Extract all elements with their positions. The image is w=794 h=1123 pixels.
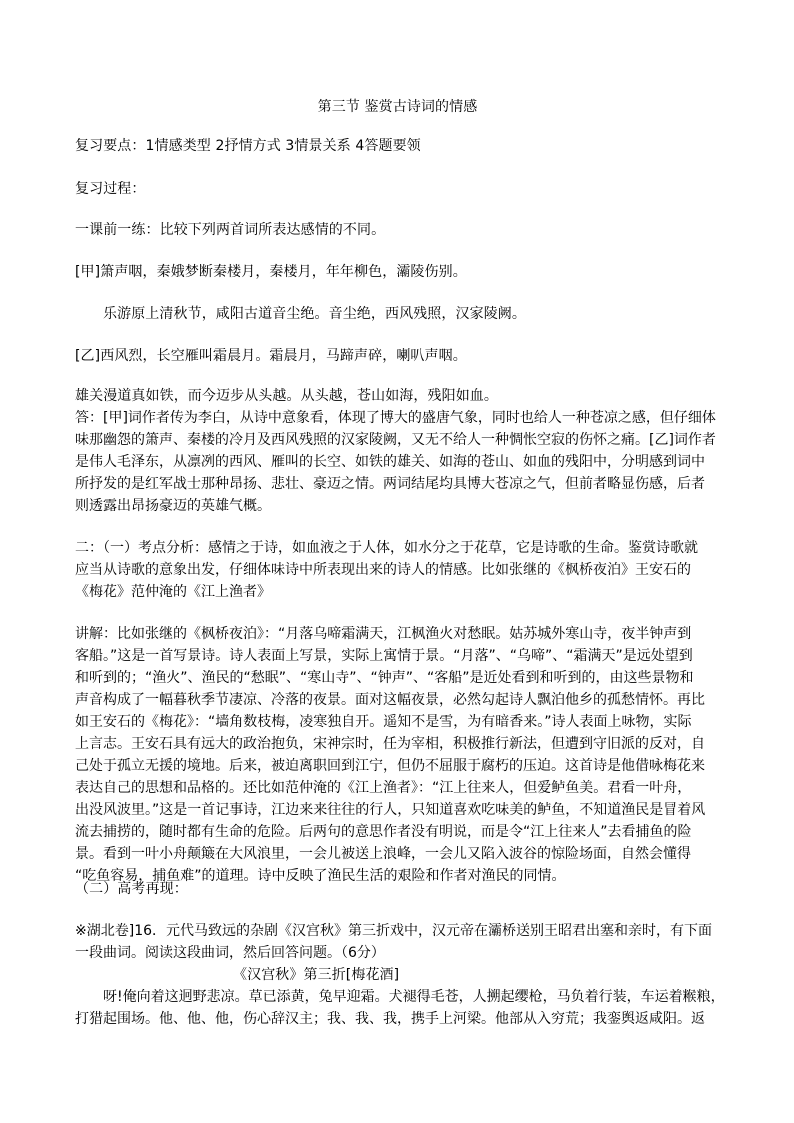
poem-a-line2: 乐游原上清秋节，咸阳古道音尘绝。音尘绝，西风残照，汉家陵阙。	[75, 303, 720, 325]
explanation-line: 己处于孤立无援的境地。后来，被迫离职回到江宁，但仍不屈服于腐朽的压迫。这首诗是他…	[75, 755, 720, 777]
analysis-line: 应当从诗歌的意象出发，仔细体味诗中所表现出来的诗人的情感。比如张继的《枫桥夜泊》…	[75, 559, 720, 581]
section3-heading: （二）高考再现：	[75, 878, 720, 900]
page-title: 第三节 鉴赏古诗词的情感	[75, 96, 720, 118]
answer-line: 答：[甲]词作者传为李白，从诗中意象看，体现了博大的盛唐气象，同时也给人一种苍凉…	[75, 407, 720, 429]
play-text: 呀!俺向着这迥野悲凉。草已添黄，兔早迎霜。犬褪得毛苍，人搠起缨枪，马负着行装，车…	[75, 986, 720, 1030]
explanation-line: 景。看到一叶小舟颠簸在大风浪里，一会儿被送上浪峰，一会儿又陷入波谷的惊险场面，自…	[75, 843, 720, 865]
answer-line: 是伟人毛泽东，从凛冽的西风、雁叫的长空、如铁的雄关、如海的苍山、如血的残阳中，分…	[75, 451, 720, 473]
explanation-line: 客船。”这是一首写景诗。诗人表面上写景，实际上寓情于景。“月落”、“乌啼”、“霜…	[75, 645, 720, 667]
answer-line: 则透露出昂扬豪迈的英雄气概。	[75, 495, 720, 517]
poem-b-line1: [乙]西风烈，长空雁叫霜晨月。霜晨月，马蹄声碎，喇叭声咽。	[75, 345, 720, 367]
poem-b-line2: 雄关漫道真如铁，而今迈步从头越。从头越，苍山如海，残阳如血。	[75, 385, 720, 407]
analysis-line: 《梅花》范仲淹的《江上渔者》	[75, 581, 720, 603]
explanation-line: 流去捕捞的，随时都有生命的危险。后两句的意思作者没有明说，而是令“江上往来人”去…	[75, 821, 720, 843]
explanation-line: 出没风波里。”这是一首记事诗，江边来来往往的行人，只知道喜欢吃味美的鲈鱼，不知道…	[75, 799, 720, 821]
poem-a-line1: [甲]箫声咽，秦娥梦断秦楼月，秦楼月，年年柳色，灞陵伤别。	[75, 261, 720, 283]
section1-heading: 一课前一练：比较下列两首词所表达感情的不同。	[75, 219, 720, 241]
play-title: 《汉宫秋》第三折[梅花酒]	[75, 964, 720, 986]
analysis-line: 二：（一）考点分析：感情之于诗，如血液之于人体，如水分之于花草，它是诗歌的生命。…	[75, 537, 720, 559]
question-paragraph: ※湖北卷]16．元代马致远的杂剧《汉宫秋》第三折戏中，汉元帝在灞桥送别王昭君出塞…	[75, 920, 720, 964]
explanation-line: 讲解：比如张继的《枫桥夜泊》：“月落乌啼霜满天，江枫渔火对愁眠。姑苏城外寒山寺，…	[75, 623, 720, 645]
play-line: 打猎起围场。他、他、他，伤心辞汉主；我、我、我，携手上河梁。他部从入穷荒；我銮舆…	[75, 1008, 720, 1030]
question-line: 一段曲词。阅读这段曲词，然后回答问题。（6分）	[75, 942, 720, 964]
explanation-line: 表达自己的思想和品格的。还比如范仲淹的《江上渔者》：“江上往来人，但爱鲈鱼美。君…	[75, 777, 720, 799]
review-points: 复习要点：1情感类型 2抒情方式 3情景关系 4答题要领	[75, 135, 720, 157]
explanation-line: 和听到的；“渔火”、渔民的“愁眠”、“寒山寺”、“钟声”、“客船”是近处看到和听…	[75, 667, 720, 689]
explanation-line: 声音构成了一幅暮秋季节凄凉、冷落的夜景。面对这幅夜景，必然勾起诗人飘泊他乡的孤愁…	[75, 689, 720, 711]
play-line: 呀!俺向着这迥野悲凉。草已添黄，兔早迎霜。犬褪得毛苍，人搠起缨枪，马负着行装，车…	[75, 986, 720, 1008]
answer-paragraph: 答：[甲]词作者传为李白，从诗中意象看，体现了博大的盛唐气象，同时也给人一种苍凉…	[75, 407, 720, 517]
analysis-paragraph: 二：（一）考点分析：感情之于诗，如血液之于人体，如水分之于花草，它是诗歌的生命。…	[75, 537, 720, 603]
explanation-line: 如王安石的《梅花》：“墙角数枝梅，凌寒独自开。遥知不是雪，为有暗香来。”诗人表面…	[75, 711, 720, 733]
explanation-line: 上言志。王安石具有远大的政治抱负，宋神宗时，任为宰相，积极推行新法，但遭到守旧派…	[75, 733, 720, 755]
answer-line: 所抒发的是红军战士那种昂扬、悲壮、豪迈之情。两词结尾均具博大苍凉之气，但前者略显…	[75, 473, 720, 495]
review-process-heading: 复习过程：	[75, 178, 720, 200]
question-line: ※湖北卷]16．元代马致远的杂剧《汉宫秋》第三折戏中，汉元帝在灞桥送别王昭君出塞…	[75, 920, 720, 942]
answer-line: 味那幽怨的箫声、秦楼的冷月及西风残照的汉家陵阙，又无不给人一种惆怅空寂的伤怀之痛…	[75, 429, 720, 451]
explanation-paragraph: 讲解：比如张继的《枫桥夜泊》：“月落乌啼霜满天，江枫渔火对愁眠。姑苏城外寒山寺，…	[75, 623, 720, 887]
